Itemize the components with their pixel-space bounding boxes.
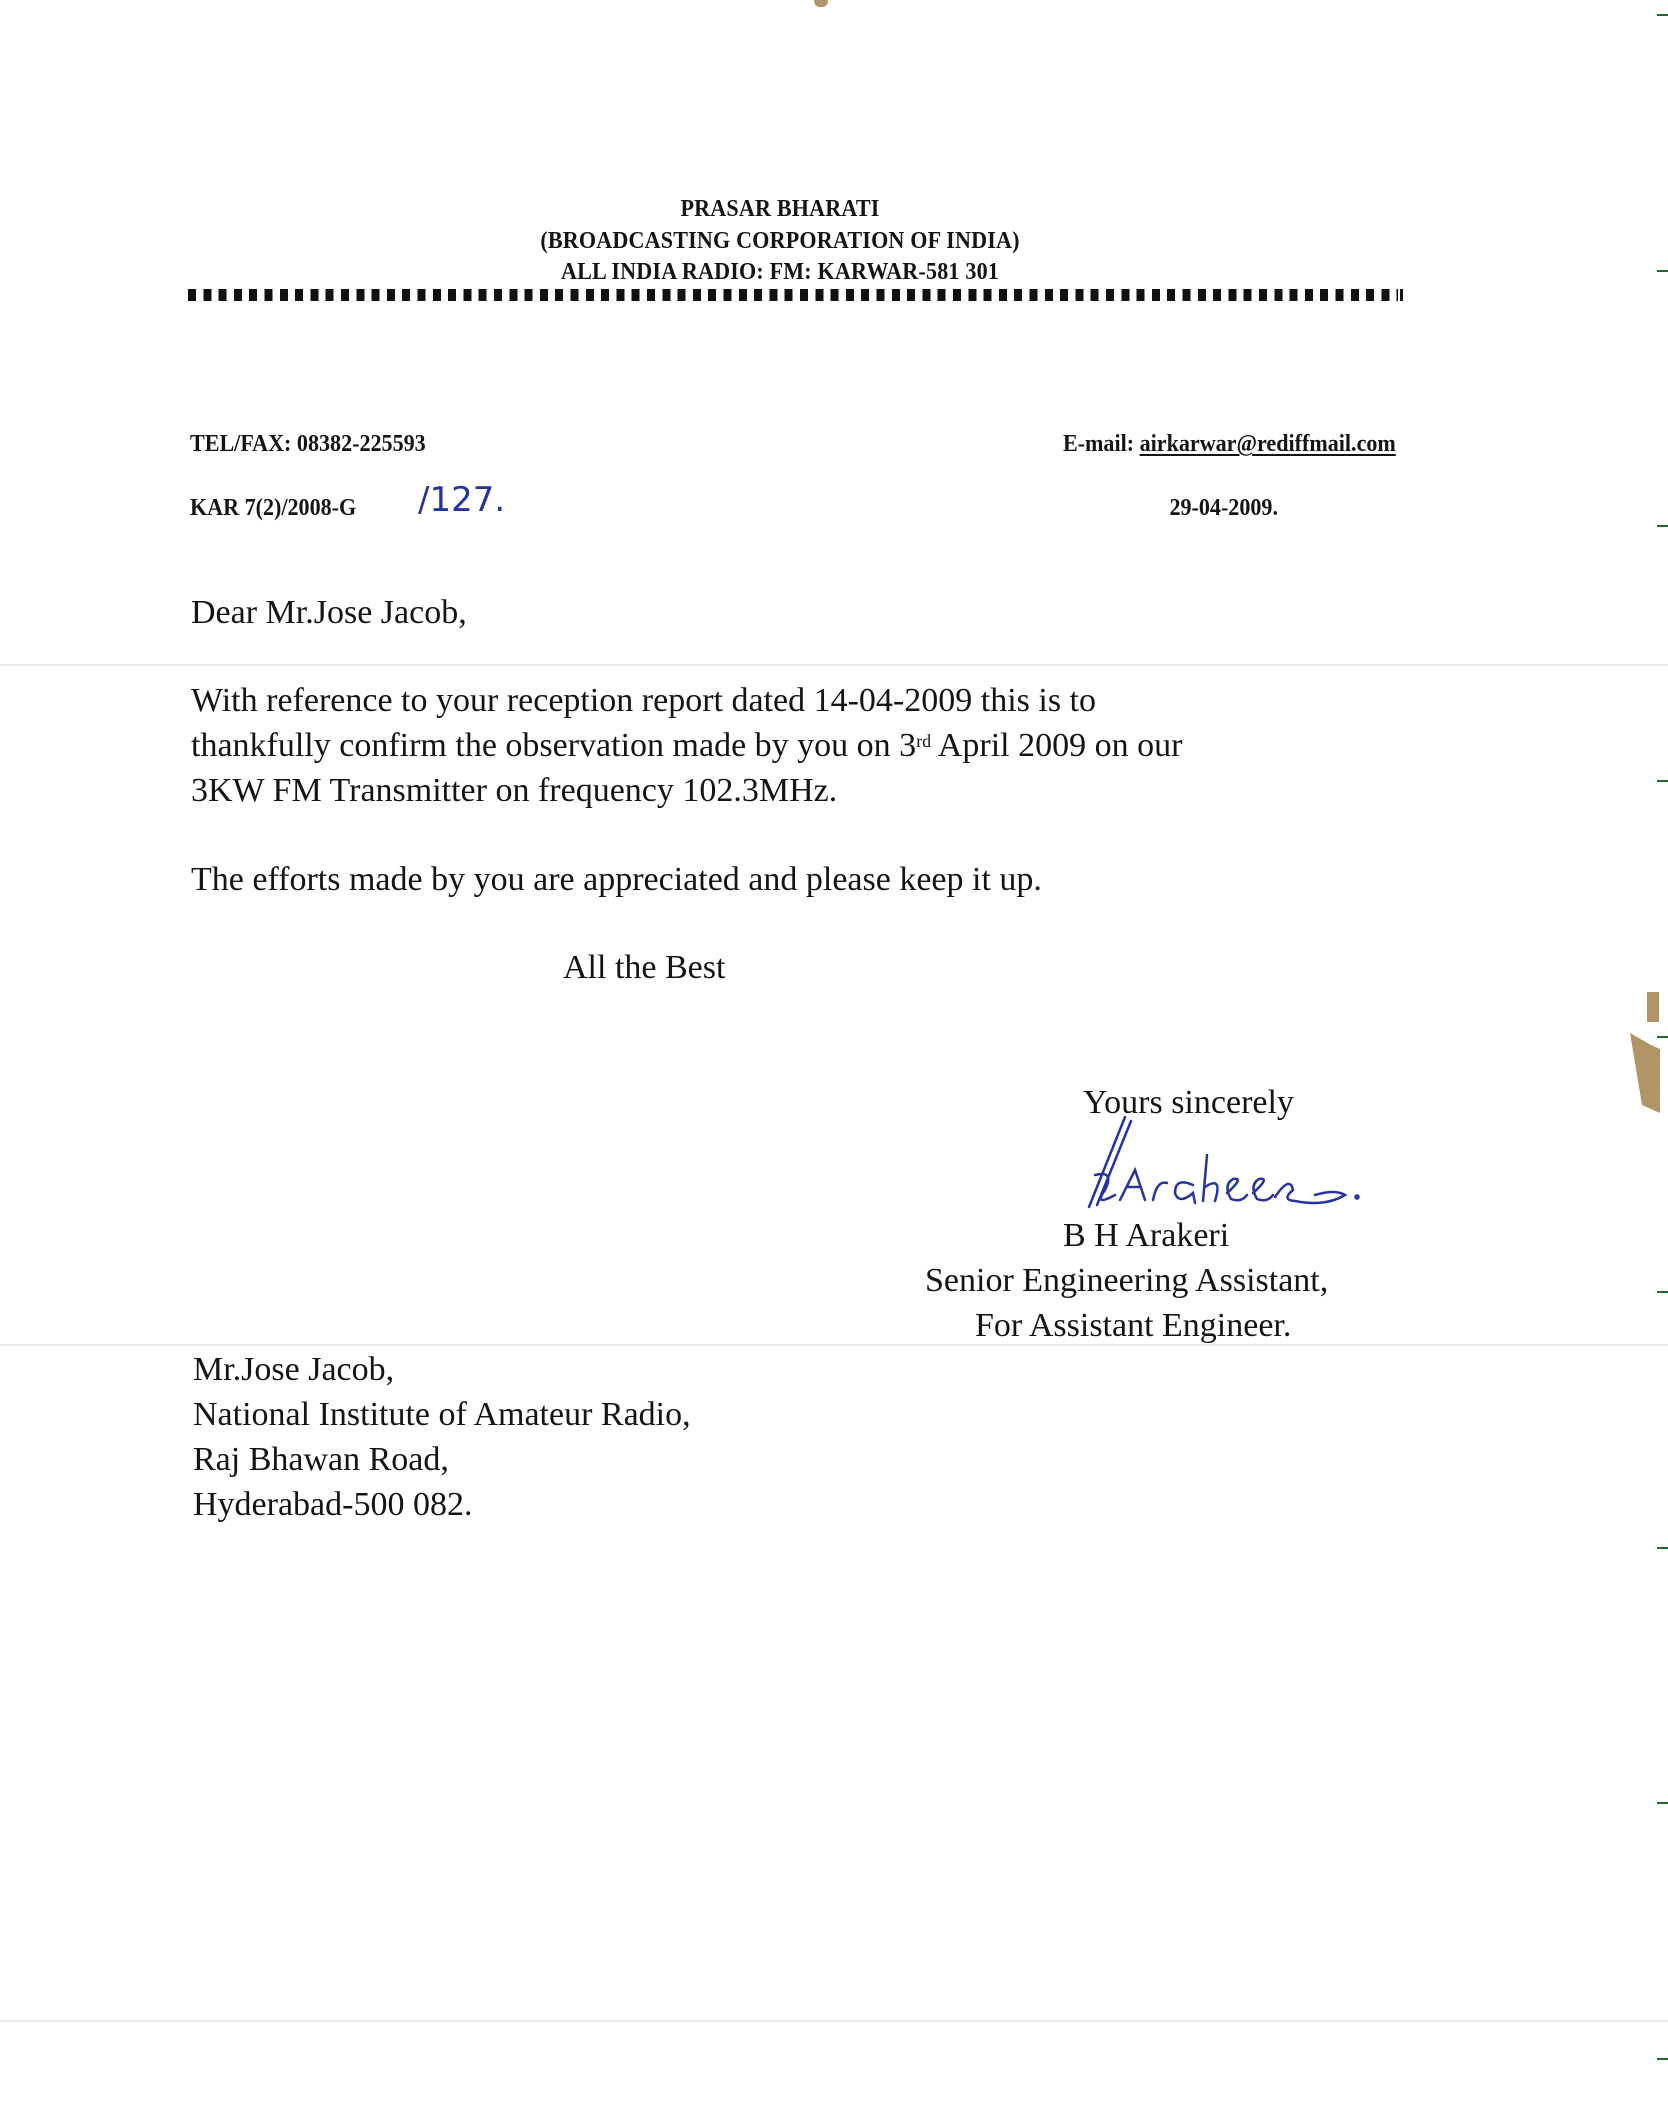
signatory-title: Senior Engineering Assistant, (925, 1258, 1328, 1303)
letter-date: 29-04-2009. (1169, 495, 1278, 522)
ordinal-suffix: rd (916, 731, 931, 751)
paragraph-1-line-2: thankfully confirm the observation made … (191, 723, 1182, 768)
letterhead-station: ALL INDIA RADIO: FM: KARWAR-581 301 (62, 259, 1497, 286)
letterhead-org: PRASAR BHARATI (62, 196, 1497, 223)
edge-mark (1657, 270, 1668, 272)
signatory-name: B H Arakeri (1063, 1213, 1229, 1258)
paper-tear (1647, 992, 1659, 1022)
recipient-institution: National Institute of Amateur Radio, (193, 1392, 691, 1437)
edge-mark (1657, 780, 1668, 782)
letterhead-subtitle: (BROADCASTING CORPORATION OF INDIA) (62, 228, 1497, 255)
recipient-city: Hyderabad-500 082. (193, 1482, 472, 1527)
salutation: Dear Mr.Jose Jacob, (191, 590, 467, 635)
paragraph-1-line-1: With reference to your reception report … (191, 678, 1096, 723)
edge-mark (1657, 14, 1668, 16)
email-link[interactable]: airkarwar@rediffmail.com (1140, 431, 1396, 457)
letterhead-divider (188, 289, 1398, 301)
email-line: E-mail: airkarwar@rediffmail.com (1063, 431, 1396, 458)
fold-line (0, 1344, 1668, 1346)
edge-mark (1657, 2058, 1668, 2060)
edge-mark (1657, 1036, 1668, 1038)
tel-fax: TEL/FAX: 08382-225593 (190, 431, 426, 458)
signature (1075, 1115, 1375, 1215)
recipient-street: Raj Bhawan Road, (193, 1437, 449, 1482)
paper-tear (1630, 1033, 1660, 1113)
recipient-name: Mr.Jose Jacob, (193, 1347, 394, 1392)
paragraph-1-line-2-text-end: April 2009 on our (931, 727, 1182, 764)
fold-line (0, 2020, 1668, 2022)
letterhead-divider-end (1400, 289, 1403, 301)
paragraph-1-line-3: 3KW FM Transmitter on frequency 102.3MHz… (191, 768, 837, 813)
edge-mark (1657, 1802, 1668, 1804)
edge-mark (1657, 1547, 1668, 1549)
reference-number: KAR 7(2)/2008-G (190, 495, 356, 522)
email-label: E-mail: (1063, 431, 1140, 457)
handwritten-reference: /127. (418, 480, 505, 520)
fold-line (0, 664, 1668, 666)
paper-stain (814, 0, 828, 7)
paragraph-1-line-2-text: thankfully confirm the observation made … (191, 727, 916, 764)
edge-mark (1657, 1291, 1668, 1293)
signatory-on-behalf: For Assistant Engineer. (975, 1303, 1291, 1348)
wishes: All the Best (563, 945, 725, 990)
edge-mark (1657, 525, 1668, 527)
paragraph-2: The efforts made by you are appreciated … (191, 857, 1042, 902)
